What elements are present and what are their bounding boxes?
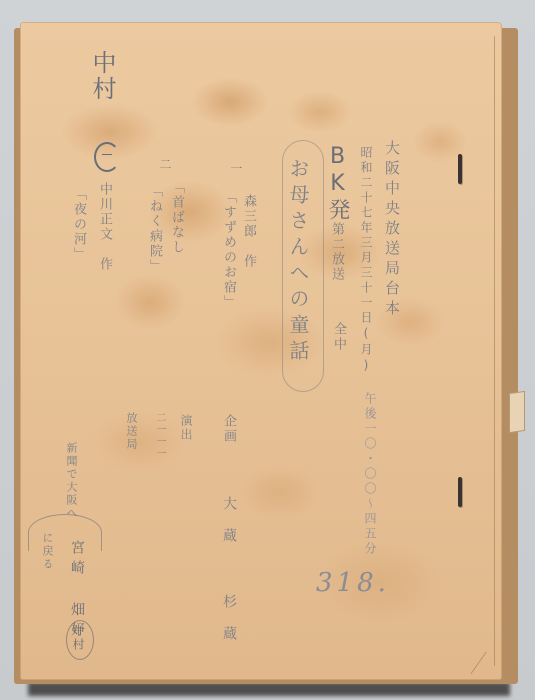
note-arc [28, 514, 102, 551]
staple-bottom-icon [458, 477, 462, 507]
work-1-author: 中川正文 作 [98, 182, 111, 272]
folded-corner [470, 652, 506, 674]
broadcast-channel: 第二放送 [330, 222, 343, 282]
booklet-shadow [28, 682, 510, 696]
scan-background: 中村 中川正文 作 「夜の河」 二 「首ばなし 「ねく病院」 一 森三郎 作 「… [0, 0, 535, 700]
station-script-label: 大阪中央放送局台本 [384, 140, 399, 320]
catalog-number: 318. [316, 568, 390, 598]
work-3-author: 森三郎 作 [242, 194, 255, 269]
torn-edge [509, 391, 525, 433]
director-phone: 二一一一 [154, 412, 164, 460]
note-newspaper: 新聞で大阪へ [66, 442, 77, 520]
note-return: に戻る [42, 532, 53, 571]
circled-c-mark [94, 142, 120, 172]
broadcast-dept: 放送局 [126, 412, 137, 451]
work-1-title: 「夜の河」 [72, 187, 85, 262]
work-2-title-line1: 「首ばなし [170, 180, 183, 255]
work-2-title-line2: 「ねく病院」 [148, 184, 161, 274]
bk-origin: BK発 [326, 144, 348, 222]
direction-label: 演出 [180, 414, 192, 442]
staple-top-icon [458, 154, 462, 184]
script-cover: 中村 中川正文 作 「夜の河」 二 「首ばなし 「ねく病院」 一 森三郎 作 「… [20, 22, 502, 680]
broadcast-time: 午後一〇・〇〇〜四五分 [364, 392, 376, 557]
owner-name: 中村 [90, 50, 114, 102]
work-3-title: 「すずめのお宿」 [222, 190, 235, 310]
work-3-number: 一 [230, 162, 242, 176]
circled-name: 中村 [72, 624, 84, 652]
cover-edge-line [494, 36, 495, 666]
producer-name: 大蔵 杉蔵 [222, 496, 236, 658]
planning-label: 企画 [222, 414, 235, 444]
broadcast-date: 昭和二十七年三月三十一日(月) [360, 146, 372, 375]
work-2-number: 二 [159, 158, 171, 172]
program-title: お母さんへの童話 [288, 158, 308, 366]
national-mark: 全中 [332, 322, 345, 352]
